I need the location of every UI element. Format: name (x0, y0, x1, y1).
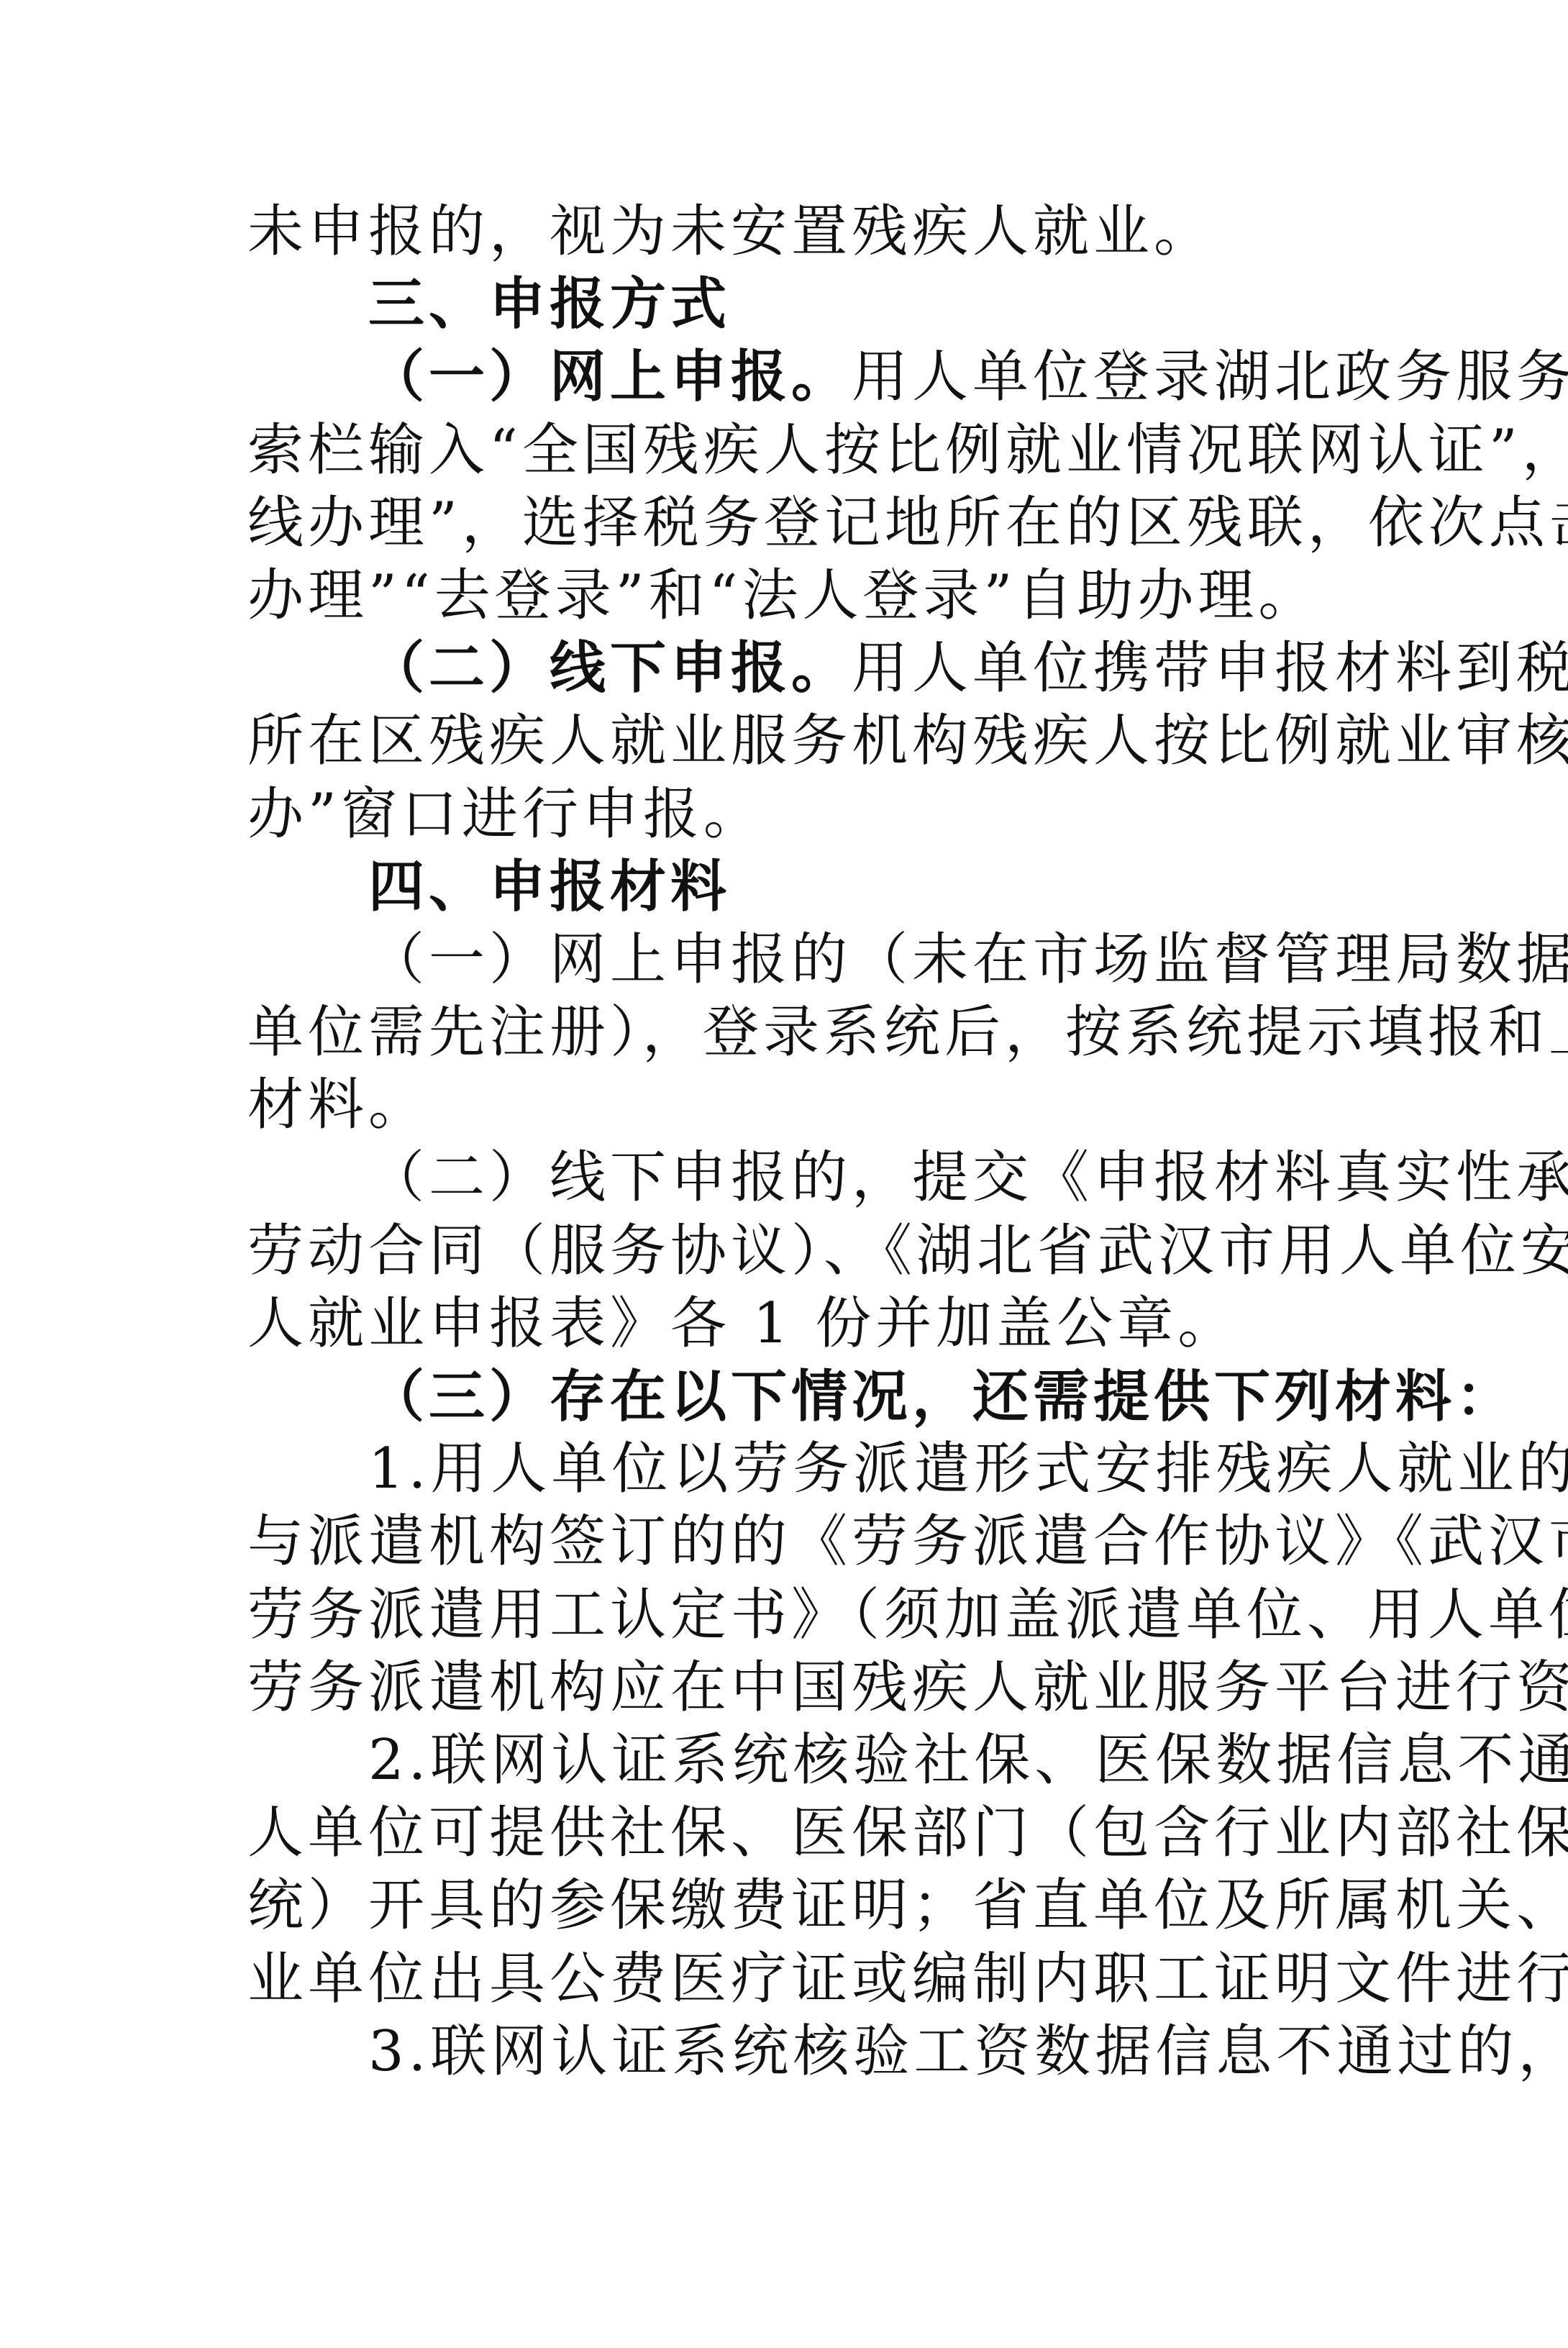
paragraph-line: 人就业申报表》各 1 份并加盖公章。 (247, 1288, 1341, 1360)
paragraph-line: 材料。 (247, 1069, 1341, 1142)
line-text: 办理”“去登录”和“法人登录”自助办理。 (247, 563, 1318, 628)
line-text: （二）线下申报的，提交《申报材料真实性承诺书》、 (368, 1145, 1568, 1210)
paragraph-line: 单位需先注册），登录系统后，按系统提示填报和上传相关 (247, 996, 1341, 1069)
paragraph-line: 业单位出具公费医疗证或编制内职工证明文件进行申报。 (247, 1943, 1341, 2016)
line-text: 线办理”，选择税务登记地所在的区残联，依次点击“在线 (247, 491, 1568, 555)
section-heading-4: 四、申报材料 (247, 851, 1341, 924)
line-text: 业单位出具公费医疗证或编制内职工证明文件进行申报。 (247, 1947, 1568, 2011)
paragraph-line: 办理”“去登录”和“法人登录”自助办理。 (247, 560, 1341, 632)
line-text: 劳务派遣用工认定书》（须加盖派遣单位、用人单位公章）， (247, 1583, 1568, 1647)
section-heading-3: 三、申报方式 (247, 268, 1341, 341)
paragraph-line: （二）线下申报。用人单位携带申报材料到税务登记地 (247, 632, 1341, 705)
line-text: 用人单位携带申报材料到税务登记地 (852, 636, 1568, 701)
paragraph-line: （一）网上申报的（未在市场监督管理局数据库的用人 (247, 924, 1341, 996)
line-text: 与派遣机构签订的的《劳务派遣合作协议》《武汉市残疾人 (247, 1509, 1568, 1574)
subheading-online-declaration: （一）网上申报。 (368, 345, 852, 409)
list-item-2: 2.联网认证系统核验社保、医保数据信息不通过的，用 (247, 1724, 1341, 1797)
document-page: 未申报的，视为未安置残疾人就业。 三、申报方式 （一）网上申报。用人单位登录湖北… (247, 196, 1341, 2088)
heading-text: 三、申报方式 (368, 272, 731, 337)
paragraph-line: 线办理”，选择税务登记地所在的区残联，依次点击“在线 (247, 487, 1341, 560)
line-text: 劳动合同（服务协议）、《湖北省武汉市用人单位安排残疾 (247, 1219, 1568, 1283)
list-item-3: 3.联网认证系统核验工资数据信息不通过的，用人单位 (247, 2016, 1341, 2088)
subheading-additional-materials: （三） (368, 1364, 550, 1429)
line-text: 人单位可提供社保、医保部门（包含行业内部社保、医保系 (247, 1801, 1568, 1865)
paragraph-line: 劳动合同（服务协议）、《湖北省武汉市用人单位安排残疾 (247, 1215, 1341, 1288)
line-text: 索栏输入“全国残疾人按比例就业情况联网认证”，点击“在 (247, 418, 1568, 483)
paragraph-line: 人单位可提供社保、医保部门（包含行业内部社保、医保系 (247, 1797, 1341, 1870)
paragraph-line: 劳务派遣用工认定书》（须加盖派遣单位、用人单位公章）， (247, 1579, 1341, 1652)
paragraph-line: （二）线下申报的，提交《申报材料真实性承诺书》、 (247, 1142, 1341, 1214)
paragraph-line: 劳务派遣机构应在中国残疾人就业服务平台进行资质备案。 (247, 1652, 1341, 1724)
line-text: 统）开具的参保缴费证明；省直单位及所属机关、团体、事 (247, 1873, 1568, 1938)
line-text: 存在以下情况，还需提供下列材料： (550, 1364, 1516, 1429)
line-text: 人就业申报表》各 1 份并加盖公章。 (247, 1291, 1238, 1356)
line-text: 办”窗口进行申报。 (247, 782, 764, 847)
line-text: 1.用人单位以劳务派遣形式安排残疾人就业的，应提供 (368, 1437, 1568, 1501)
paragraph-line: （一）网上申报。用人单位登录湖北政务服务网，在搜 (247, 341, 1341, 414)
line-text: 所在区残疾人就业服务机构残疾人按比例就业审核“跨省通 (247, 709, 1568, 773)
paragraph-line: 统）开具的参保缴费证明；省直单位及所属机关、团体、事 (247, 1870, 1341, 1942)
line-text: 劳务派遣机构应在中国残疾人就业服务平台进行资质备案。 (247, 1655, 1568, 1720)
heading-text: 四、申报材料 (368, 855, 731, 919)
paragraph-line: 索栏输入“全国残疾人按比例就业情况联网认证”，点击“在 (247, 414, 1341, 487)
paragraph-line: （三）存在以下情况，还需提供下列材料： (247, 1360, 1341, 1433)
line-text: 2.联网认证系统核验社保、医保数据信息不通过的，用 (368, 1728, 1568, 1793)
paragraph-line: 办”窗口进行申报。 (247, 778, 1341, 851)
line-text: （一）网上申报的（未在市场监督管理局数据库的用人 (368, 927, 1568, 992)
line-text: 单位需先注册），登录系统后，按系统提示填报和上传相关 (247, 1000, 1568, 1065)
line-text: 未申报的，视为未安置残疾人就业。 (247, 199, 1214, 264)
line-text: 用人单位登录湖北政务服务网，在搜 (852, 345, 1568, 409)
paragraph-line: 未申报的，视为未安置残疾人就业。 (247, 196, 1341, 268)
line-text: 3.联网认证系统核验工资数据信息不通过的，用人单位 (368, 2019, 1568, 2084)
paragraph-line: 所在区残疾人就业服务机构残疾人按比例就业审核“跨省通 (247, 705, 1341, 778)
list-item-1: 1.用人单位以劳务派遣形式安排残疾人就业的，应提供 (247, 1433, 1341, 1506)
subheading-offline-declaration: （二）线下申报。 (368, 636, 852, 701)
paragraph-line: 与派遣机构签订的的《劳务派遣合作协议》《武汉市残疾人 (247, 1506, 1341, 1578)
line-text: 材料。 (247, 1073, 429, 1137)
